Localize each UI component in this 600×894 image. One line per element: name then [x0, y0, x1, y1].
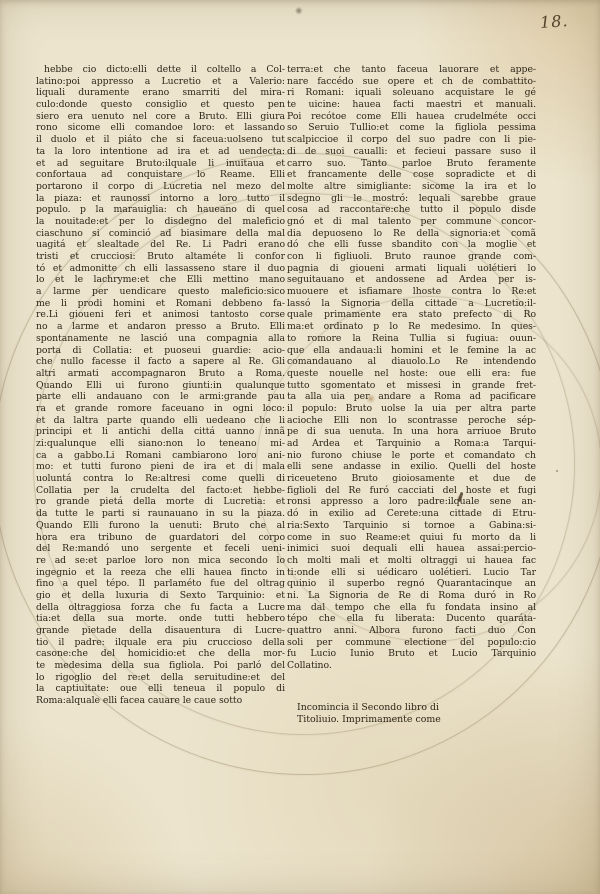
text-line: il duolo et il piáto che si faceua:uolse… — [36, 134, 285, 146]
incipit-heading: Incomincia il Secondo libro diTitoliuio.… — [297, 702, 537, 725]
text-line: fino a quel tépo. Il parlaméto fue del o… — [36, 578, 285, 590]
text-line: ad Ardea et Tarquinio a Roma:a Tarqui- — [287, 438, 536, 450]
text-line: lo et le lachryme:et che Elli mettino ma… — [36, 274, 285, 286]
text-line: ta alla uia per andare a Roma ad pacific… — [287, 391, 536, 403]
text-line: altri armati accompagnaron Bruto a Roma. — [36, 368, 285, 380]
text-line: queste nouelle nel hoste: oue elli era: … — [287, 368, 536, 380]
text-line: uagitá et slealtade del Re. Li Padri era… — [36, 239, 285, 251]
text-line: liquali duramente erano smarriti del mir… — [36, 87, 285, 99]
text-line: re ad se:et parloe loro non mica secondo… — [36, 555, 285, 567]
text-line: dó che elli fusse sbandito con la moglie… — [287, 239, 536, 251]
text-line: nare faccédo sue opere et ch de combatti… — [287, 76, 536, 88]
text-line: seguitauano et andossene ad Ardea per is… — [287, 274, 536, 286]
text-line: nio furono chiuse le porte et comandato … — [287, 450, 536, 462]
text-line: te medesima della sua figliola. Poi parl… — [36, 660, 285, 672]
text-line: ra et grande romore faceuano in ogni loc… — [36, 403, 285, 415]
text-line: la nouitade:et per lo disdegno del malef… — [36, 216, 285, 228]
text-line: carro suo. Tanto parloe Bruto feramente — [287, 158, 536, 170]
text-line: grande pietade della disauentura di Lucr… — [36, 625, 285, 637]
text-line: quale primamente era stato prefecto di R… — [287, 309, 536, 321]
text-line: elli sene andasse in exilio. Quelli del … — [287, 461, 536, 473]
text-line: rono sicome elli comandoe loro: et lassa… — [36, 122, 285, 134]
text-line: ma dal tempo che ella fu fondata insino … — [287, 602, 536, 614]
text-line: ma:et ordinato p lo Re medesimo. In ques… — [287, 321, 536, 333]
text-line: tio il padre: ilquale era piu cruccioso … — [36, 637, 285, 649]
text-line: soli per commune electione del populo:ci… — [287, 637, 536, 649]
text-line: tristi et crucciosi: Bruto altaméte li c… — [36, 251, 285, 263]
text-line: lo rigoglio del re:et della seruitudine:… — [36, 672, 285, 684]
text-line: te uicine: hauea facti maestri et manual… — [287, 99, 536, 111]
text-line: a larme per uendicare questo maleficio:s… — [36, 286, 285, 298]
text-line: quinio il superbo regnó Quarantacinque a… — [287, 578, 536, 590]
text-line: riceueteno Bruto gioiosamente et due de — [287, 473, 536, 485]
text-line: del Re:mandó uno sergente et feceli ueni… — [36, 543, 285, 555]
text-line: dia depuoseno lo Re della signoria:et co… — [287, 228, 536, 240]
text-line: tia:et della sua morte. onde tutti hebbe… — [36, 613, 285, 625]
text-line: inimici suoi dequali elli hauea assai:pe… — [287, 543, 536, 555]
text-line: porta di Collatia: et puoseui guardie: a… — [36, 345, 285, 357]
text-line: figlioli del Re furó cacciati del hoste … — [287, 485, 536, 497]
text-line: culo:donde questo consiglio et questo pe… — [36, 99, 285, 111]
text-line: ca a gabbo.Li Romani cambiarono loro ani… — [36, 450, 285, 462]
text-line: ronsi appresso a loro padre:ilquale sene… — [287, 496, 536, 508]
text-line: so Seruio Tullio:et come la figliola pes… — [287, 122, 536, 134]
text-line: acioche Elli non lo scontrasse peroche s… — [287, 415, 536, 427]
text-line: confortaua ad conquistare lo Reame. Elli — [36, 169, 285, 181]
text-line: ch molti mali et molti oltraggi ui hauea… — [287, 555, 536, 567]
text-line: Quando Elli ui furono giunti:in qualunqu… — [36, 380, 285, 392]
text-line: Poi recótoe come Elli hauea crudelméte o… — [287, 111, 536, 123]
text-line: la piaza: et raunossi intorno a loro tut… — [36, 193, 285, 205]
text-line: gio et della luxuria di Sexto Tarquinio:… — [36, 590, 285, 602]
right-text-column: terra:et che tanto faceua lauorare et ap… — [287, 64, 536, 672]
folio-number: 18. — [539, 11, 569, 32]
text-line: della oltraggiosa forza che fu facta a L… — [36, 602, 285, 614]
text-line: lassó la Signoria della cittade a Lucret… — [287, 298, 536, 310]
text-line: populo. p la marauiglia: ch haueano di q… — [36, 204, 285, 216]
text-line: ingegnio et la reeza che elli hauea finc… — [36, 567, 285, 579]
text-line: molte altre simigliante: sicome la ira e… — [287, 181, 536, 193]
text-line: et da laltra parte quando elli uedeano c… — [36, 415, 285, 427]
text-line: quattro anni. Albora furono facti duo Co… — [287, 625, 536, 637]
text-line: tutto sgomentato et missesi in grande fr… — [287, 380, 536, 392]
text-line: Collatino. — [287, 660, 536, 672]
text-line: to romore la Reina Tullia si fugiua: ouu… — [287, 333, 536, 345]
paper-speck — [556, 470, 558, 472]
text-line: spontanamente ne lasció una compagnia al… — [36, 333, 285, 345]
text-line: Quando Elli furono la uenuti: Bruto che … — [36, 520, 285, 532]
text-line: Incomincia il Secondo libro di — [297, 702, 537, 714]
text-line: que ella andaua:li homini et le femine l… — [287, 345, 536, 357]
text-line: et ad seguitare Bruto:ilquale li inuitau… — [36, 158, 285, 170]
text-line: mo: et tutti furono pieni de ira et di m… — [36, 461, 285, 473]
text-line: hebbe cio dicto:elli dette il coltello a… — [36, 64, 285, 76]
text-line: il populo: Bruto uolse la uia per altra … — [287, 403, 536, 415]
text-line: che nullo facesse il facto a sapere al R… — [36, 356, 285, 368]
text-line: siero era uenuto nel core a Bruto. Elli … — [36, 111, 285, 123]
text-line: tépo che ella fu liberata: Ducento quará… — [287, 613, 536, 625]
text-line: ni. La Signoria de Re di Roma duró in Ro — [287, 590, 536, 602]
book-page: 18. hebbe cio dicto:elli dette il coltel… — [0, 0, 600, 894]
text-line: da tutte le parti si raunauano in su la … — [36, 508, 285, 520]
text-line: uoluntá contra lo Re:altresi come quelli… — [36, 473, 285, 485]
text-line: comandauano al diauolo.Lo Re intendendo — [287, 356, 536, 368]
text-line: la captiuitate: oue elli teneua il popul… — [36, 683, 285, 695]
text-line: di de suoi caualli: et fecieui passare s… — [287, 146, 536, 158]
text-line: pagnia di gioueni armati liquali uolétie… — [287, 263, 536, 275]
left-text-column: hebbe cio dicto:elli dette il coltello a… — [36, 64, 285, 707]
text-line: gnó et di mal talento per commune concor… — [287, 216, 536, 228]
text-line: ria:Sexto Tarquinio si tornoe a Gabina:s… — [287, 520, 536, 532]
text-line: no a larme et andaron presso a Bruto. El… — [36, 321, 285, 333]
text-line: scalpiccioe il corpo del suo padre con l… — [287, 134, 536, 146]
text-line: pe di sua uenuta. In una hora arriuoe Br… — [287, 426, 536, 438]
text-line: parte elli andauano con le armi:grande p… — [36, 391, 285, 403]
text-line: re.Li gioueni feri et animosi tantosto c… — [36, 309, 285, 321]
text-line: ti:onde elli si uédicaro uolétieri. Luci… — [287, 567, 536, 579]
text-line: ciaschuno si cominció ad biasimare della… — [36, 228, 285, 240]
text-line: ro grande pietá della morte di Lucretia:… — [36, 496, 285, 508]
text-line: portarono il corpo di Lucretia nel mezo … — [36, 181, 285, 193]
text-line: me li prodi homini et Romani debbeno fa- — [36, 298, 285, 310]
text-line: principi et li antichi della cittá uanno… — [36, 426, 285, 438]
text-line: fu Lucio Iunio Bruto et Lucio Tarquinio — [287, 648, 536, 660]
text-line: et francamente delle cose sopradicte et … — [287, 169, 536, 181]
text-line: con li figliuoli. Bruto raunoe grande co… — [287, 251, 536, 263]
text-line: dó in exilio ad Cerete:una cittade di Et… — [287, 508, 536, 520]
text-line: casone:che del homicidio:et che della mo… — [36, 648, 285, 660]
text-line: zi:qualunque elli siano:non lo teneano m… — [36, 438, 285, 450]
text-line: Titoliuio. Imprimamente come — [297, 714, 537, 726]
text-line: muouere et isfiamare lhoste contra lo Re… — [287, 286, 536, 298]
text-line: hora era tribuno de guardatori del corpo — [36, 532, 285, 544]
text-line: terra:et che tanto faceua lauorare et ap… — [287, 64, 536, 76]
text-line: latino:poi appresso a Lucretio et a Vale… — [36, 76, 285, 88]
text-line: ta la loro intentione ad ira et ad uende… — [36, 146, 285, 158]
text-line: Roma:alquale elli facea cauare le caue s… — [36, 695, 285, 707]
text-line: cosa ad raccontare:che tutto il populo d… — [287, 204, 536, 216]
text-line: ri Romani: iquali soleuano acquistare le… — [287, 87, 536, 99]
text-line: sdegno gli le mostró: lequali sarebbe gr… — [287, 193, 536, 205]
text-line: tó et admonitte ch elli lassasseno stare… — [36, 263, 285, 275]
text-line: Collatia per la crudelta del facto:et he… — [36, 485, 285, 497]
text-line: come in suo Reame:et quiui fu morto da l… — [287, 532, 536, 544]
